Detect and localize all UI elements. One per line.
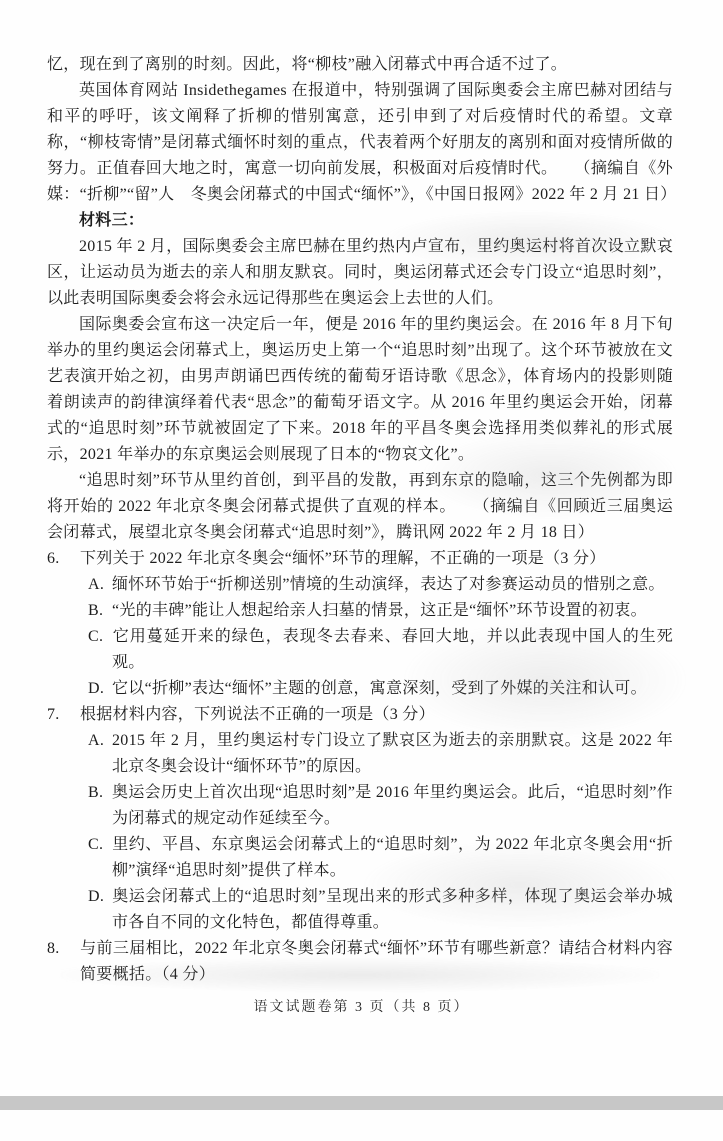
question-8-stem-text: 与前三届相比，2022 年北京冬奥会闭幕式“缅怀”环节有哪些新意？请结合材料内容… — [80, 940, 673, 983]
question-7-stem: 7.根据材料内容，下列说法不正确的一项是（3 分） — [47, 702, 673, 728]
option-c-label: C. — [88, 832, 112, 858]
page-body-text: 忆，现在到了离别的时刻。因此，将“柳枝”融入闭幕式中再合适不过了。 英国体育网站… — [47, 52, 673, 988]
option-b-text: 奥运会历史上首次出现“追思时刻”是 2016 年里约奥运会。此后，“追思时刻”作… — [112, 784, 673, 827]
question-7: 7.根据材料内容，下列说法不正确的一项是（3 分） A.2015 年 2 月，里… — [47, 702, 673, 936]
paragraph-material-2: 英国体育网站 Insidethegames 在报道中，特别强调了国际奥委会主席巴… — [47, 78, 673, 208]
paragraph-material-3-b: 国际奥委会宣布这一决定后一年，便是 2016 年的里约奥运会。在 2016 年 … — [47, 312, 673, 468]
question-6-stem: 6.下列关于 2022 年北京冬奥会“缅怀”环节的理解，不正确的一项是（3 分） — [47, 546, 673, 572]
question-6-number: 6. — [47, 546, 80, 572]
option-d-text: 它以“折柳”表达“缅怀”主题的创意，寓意深刻，受到了外媒的关注和认可。 — [112, 680, 647, 697]
option-c-text: 它用蔓延开来的绿色，表现冬去春来、春回大地，并以此表现中国人的生死观。 — [112, 628, 673, 671]
question-8-stem: 8.与前三届相比，2022 年北京冬奥会闭幕式“缅怀”环节有哪些新意？请结合材料… — [47, 936, 673, 988]
question-6-option-b: B.“光的丰碑”能让人想起给亲人扫墓的情景，这正是“缅怀”环节设置的初衷。 — [47, 598, 673, 624]
option-b-label: B. — [88, 598, 112, 624]
question-6-option-a: A.缅怀环节始于“折柳送别”情境的生动演绎，表达了对参赛运动员的惜别之意。 — [47, 572, 673, 598]
question-7-option-b: B.奥运会历史上首次出现“追思时刻”是 2016 年里约奥运会。此后，“追思时刻… — [47, 780, 673, 832]
question-8-number: 8. — [47, 936, 80, 962]
option-c-label: C. — [88, 624, 112, 650]
question-6-option-d: D.它以“折柳”表达“缅怀”主题的创意，寓意深刻，受到了外媒的关注和认可。 — [47, 676, 673, 702]
question-7-number: 7. — [47, 702, 80, 728]
option-d-label: D. — [88, 884, 112, 910]
question-8: 8.与前三届相比，2022 年北京冬奥会闭幕式“缅怀”环节有哪些新意？请结合材料… — [47, 936, 673, 988]
material-3-heading: 材料三： — [47, 208, 673, 234]
option-a-label: A. — [88, 572, 112, 598]
option-a-label: A. — [88, 728, 112, 754]
option-a-text: 2015 年 2 月，里约奥运村专门设立了默哀区为逝去的亲朋默哀。这是 2022… — [112, 732, 673, 775]
question-7-option-c: C.里约、平昌、东京奥运会闭幕式上的“追思时刻”，为 2022 年北京冬奥会用“… — [47, 832, 673, 884]
option-c-text: 里约、平昌、东京奥运会闭幕式上的“追思时刻”，为 2022 年北京冬奥会用“折柳… — [112, 836, 673, 879]
scanned-exam-page: 忆，现在到了离别的时刻。因此，将“柳枝”融入闭幕式中再合适不过了。 英国体育网站… — [0, 0, 723, 1141]
question-6-option-c: C.它用蔓延开来的绿色，表现冬去春来、春回大地，并以此表现中国人的生死观。 — [47, 624, 673, 676]
scanner-edge-bar — [0, 1096, 723, 1110]
option-d-text: 奥运会闭幕式上的“追思时刻”呈现出来的形式多种多样，体现了奥运会举办城市各自不同… — [112, 888, 673, 931]
paragraph-material-3-a: 2015 年 2 月，国际奥委会主席巴赫在里约热内卢宣布，里约奥运村将首次设立默… — [47, 234, 673, 312]
page-number-footer: 语文试题卷第 3 页（共 8 页） — [0, 996, 723, 1016]
option-d-label: D. — [88, 676, 112, 702]
question-7-option-a: A.2015 年 2 月，里约奥运村专门设立了默哀区为逝去的亲朋默哀。这是 20… — [47, 728, 673, 780]
question-7-stem-text: 根据材料内容，下列说法不正确的一项是（3 分） — [80, 706, 435, 723]
option-b-label: B. — [88, 780, 112, 806]
question-7-option-d: D.奥运会闭幕式上的“追思时刻”呈现出来的形式多种多样，体现了奥运会举办城市各自… — [47, 884, 673, 936]
paragraph-continuation: 忆，现在到了离别的时刻。因此，将“柳枝”融入闭幕式中再合适不过了。 — [47, 52, 673, 78]
paragraph-material-3-c: “追思时刻”环节从里约首创，到平昌的发散，再到东京的隐喻，这三个先例都为即将开始… — [47, 468, 673, 546]
option-a-text: 缅怀环节始于“折柳送别”情境的生动演绎，表达了对参赛运动员的惜别之意。 — [112, 576, 665, 593]
option-b-text: “光的丰碑”能让人想起给亲人扫墓的情景，这正是“缅怀”环节设置的初衷。 — [112, 602, 647, 619]
question-6: 6.下列关于 2022 年北京冬奥会“缅怀”环节的理解，不正确的一项是（3 分）… — [47, 546, 673, 702]
question-6-stem-text: 下列关于 2022 年北京冬奥会“缅怀”环节的理解，不正确的一项是（3 分） — [80, 550, 606, 567]
